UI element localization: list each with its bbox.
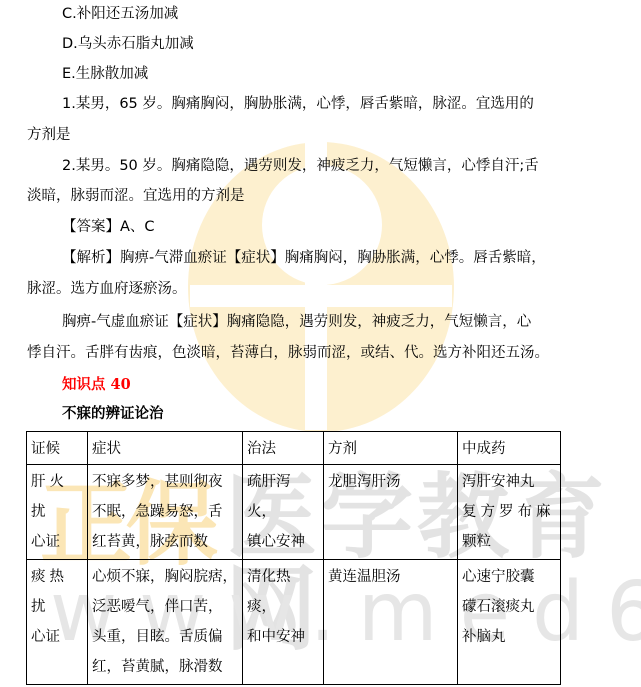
answer-value: A、C [120,219,155,235]
option-e: E.生脉散加减 [62,64,148,84]
table-header-row: 证候 症状 治法 方剂 中成药 [27,432,561,465]
header-patent-medicine: 中成药 [458,432,561,465]
analysis-2-line-1: 胸痹-气虚血瘀证【症状】胸痛隐隐，遇劳则发，神疲乏力，气短懒言，心 [62,312,531,332]
table-row: 痰热扰 心证 心烦不寐，胸闷脘痞， 泛恶嗳气，伴口苦， 头重，目眩。舌质偏 红，… [27,560,561,685]
cell-formula: 黄连温胆汤 [324,560,458,685]
header-syndrome: 证候 [27,432,88,465]
question-1-line-2: 方剂是 [27,125,71,145]
analysis-1-line-1: 【解析】胸痹-气滞血瘀证【症状】胸痛胸闷，胸胁胀满，心悸。唇舌紫暗， [62,248,546,268]
cell-treatment: 疏肝泻火， 镇心安神 [243,465,324,560]
answer-label: 【答案】 [62,219,120,235]
cell-patent-medicine: 心速宁胶囊 礞石滚痰丸 补脑丸 [458,560,561,685]
header-symptoms: 症状 [88,432,243,465]
header-formula: 方剂 [324,432,458,465]
answer-line: 【答案】A、C [62,217,155,237]
section-title: 不寐的辨证论治 [62,404,164,424]
cell-patent-medicine: 泻肝安神丸 复方罗布麻 颗粒 [458,465,561,560]
analysis-2-line-2: 悸自汗。舌胖有齿痕，色淡暗，苔薄白，脉弱而涩，或结、代。选方补阳还五汤。 [27,343,549,363]
option-d: D.乌头赤石脂丸加减 [62,34,194,54]
cell-syndrome: 痰热扰 心证 [27,560,88,685]
question-2-line-2: 淡暗，脉弱而涩。宜选用的方剂是 [27,186,245,206]
header-treatment: 治法 [243,432,324,465]
question-2-line-1: 2.某男。50 岁。胸痛隐隐，遇劳则发，神疲乏力，气短懒言，心悸自汗;舌 [62,156,539,176]
watermark-logo-cross-horizontal [190,285,452,307]
cell-symptoms: 心烦不寐，胸闷脘痞， 泛恶嗳气，伴口苦， 头重，目眩。舌质偏 红，苔黄腻，脉滑数 [88,560,243,685]
question-1-line-1: 1.某男，65 岁。胸痛胸闷，胸胁胀满，心悸，唇舌紫暗，脉涩。宜选用的 [62,94,534,114]
cell-syndrome: 肝火扰 心证 [27,465,88,560]
cell-symptoms: 不寐多梦，甚则彻夜 不眠，急躁易怒，舌 红苔黄，脉弦而数 [88,465,243,560]
analysis-1-line-2: 脉涩。选方血府逐瘀汤。 [27,279,187,299]
cell-formula: 龙胆泻肝汤 [324,465,458,560]
cell-treatment: 清化热痰， 和中安神 [243,560,324,685]
knowledge-point-heading: 知识点 40 [62,375,131,395]
option-c: C.补阳还五汤加减 [62,4,178,24]
table-row: 肝火扰 心证 不寐多梦，甚则彻夜 不眠，急躁易怒，舌 红苔黄，脉弦而数 疏肝泻火… [27,465,561,560]
syndrome-treatment-table: 证候 症状 治法 方剂 中成药 肝火扰 心证 不寐多梦，甚则彻夜 不眠，急躁易怒… [26,431,561,685]
